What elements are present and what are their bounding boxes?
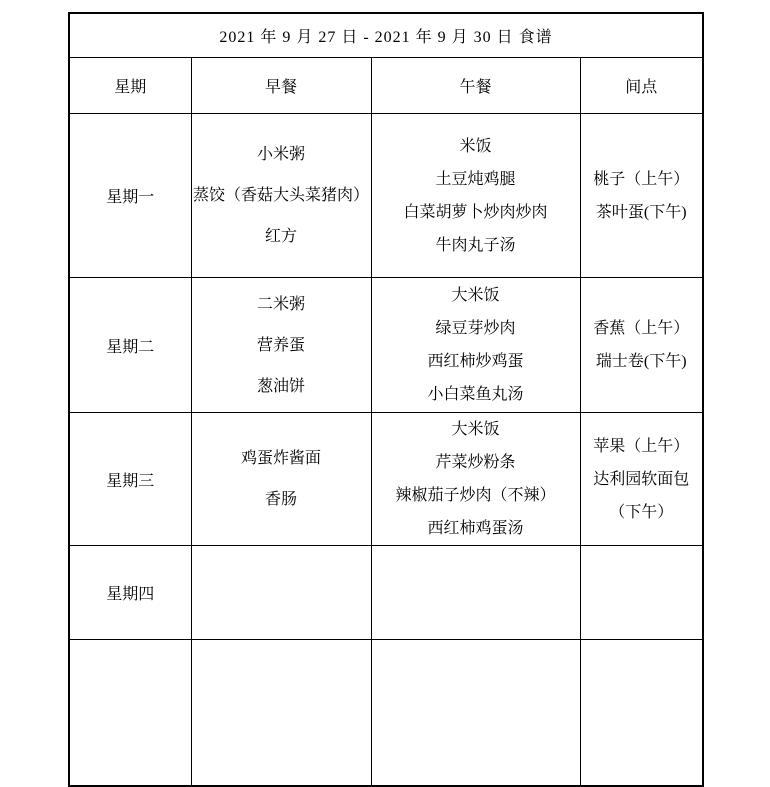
menu-item: 香蕉（上午） <box>581 312 703 345</box>
snack-cell: 香蕉（上午） 瑞士卷(下午) <box>580 278 703 413</box>
column-header-snack: 间点 <box>580 58 703 114</box>
breakfast-cell: 小米粥 蒸饺（香菇大头菜猪肉） 红方 <box>191 114 371 278</box>
table-row-thursday: 星期四 <box>69 546 703 640</box>
snack-cell <box>580 546 703 640</box>
lunch-cell <box>371 546 580 640</box>
menu-item: 小白菜鱼丸汤 <box>372 378 580 411</box>
table-row-wednesday: 星期三 鸡蛋炸酱面 香肠 大米饭 芹菜炒粉条 辣椒茄子炒肉（不辣） 西红柿鸡蛋汤… <box>69 413 703 546</box>
day-cell <box>69 640 191 787</box>
menu-item: 葱油饼 <box>192 366 371 407</box>
menu-item: 桃子（上午） <box>581 163 703 196</box>
menu-item: 绿豆芽炒肉 <box>372 312 580 345</box>
snack-cell <box>580 640 703 787</box>
snack-cell: 桃子（上午） 茶叶蛋(下午) <box>580 114 703 278</box>
menu-item: 达利园软面包（下午） <box>581 463 703 529</box>
menu-item: 营养蛋 <box>192 325 371 366</box>
breakfast-cell: 二米粥 营养蛋 葱油饼 <box>191 278 371 413</box>
column-header-day: 星期 <box>69 58 191 114</box>
menu-item: 大米饭 <box>372 413 580 446</box>
column-header-breakfast: 早餐 <box>191 58 371 114</box>
table-title: 2021 年 9 月 27 日 - 2021 年 9 月 30 日 食谱 <box>69 13 703 58</box>
day-cell: 星期二 <box>69 278 191 413</box>
table-row-empty <box>69 640 703 787</box>
menu-item: 西红柿炒鸡蛋 <box>372 345 580 378</box>
day-cell: 星期一 <box>69 114 191 278</box>
menu-item: 西红柿鸡蛋汤 <box>372 512 580 545</box>
menu-item: 白菜胡萝卜炒肉炒肉 <box>372 196 580 229</box>
lunch-cell: 大米饭 芹菜炒粉条 辣椒茄子炒肉（不辣） 西红柿鸡蛋汤 <box>371 413 580 546</box>
menu-item: 瑞士卷(下午) <box>581 345 703 378</box>
menu-item: 芹菜炒粉条 <box>372 446 580 479</box>
menu-item: 香肠 <box>192 479 371 520</box>
menu-item: 茶叶蛋(下午) <box>581 196 703 229</box>
menu-item: 鸡蛋炸酱面 <box>192 438 371 479</box>
menu-item: 蒸饺（香菇大头菜猪肉） <box>192 175 371 216</box>
menu-item: 小米粥 <box>192 134 371 175</box>
menu-table: 2021 年 9 月 27 日 - 2021 年 9 月 30 日 食谱 星期 … <box>68 12 704 787</box>
header-row: 星期 早餐 午餐 间点 <box>69 58 703 114</box>
menu-item: 辣椒茄子炒肉（不辣） <box>372 479 580 512</box>
table-row-monday: 星期一 小米粥 蒸饺（香菇大头菜猪肉） 红方 米饭 土豆炖鸡腿 白菜胡萝卜炒肉炒… <box>69 114 703 278</box>
lunch-cell <box>371 640 580 787</box>
column-header-lunch: 午餐 <box>371 58 580 114</box>
menu-item: 红方 <box>192 216 371 257</box>
snack-cell: 苹果（上午） 达利园软面包（下午） <box>580 413 703 546</box>
title-row: 2021 年 9 月 27 日 - 2021 年 9 月 30 日 食谱 <box>69 13 703 58</box>
breakfast-cell <box>191 546 371 640</box>
menu-item: 苹果（上午） <box>581 430 703 463</box>
lunch-cell: 大米饭 绿豆芽炒肉 西红柿炒鸡蛋 小白菜鱼丸汤 <box>371 278 580 413</box>
lunch-cell: 米饭 土豆炖鸡腿 白菜胡萝卜炒肉炒肉 牛肉丸子汤 <box>371 114 580 278</box>
menu-item: 二米粥 <box>192 284 371 325</box>
menu-item: 米饭 <box>372 130 580 163</box>
menu-item: 土豆炖鸡腿 <box>372 163 580 196</box>
breakfast-cell <box>191 640 371 787</box>
day-cell: 星期三 <box>69 413 191 546</box>
breakfast-cell: 鸡蛋炸酱面 香肠 <box>191 413 371 546</box>
menu-item: 大米饭 <box>372 279 580 312</box>
day-cell: 星期四 <box>69 546 191 640</box>
document-page: 2021 年 9 月 27 日 - 2021 年 9 月 30 日 食谱 星期 … <box>0 0 770 786</box>
table-row-tuesday: 星期二 二米粥 营养蛋 葱油饼 大米饭 绿豆芽炒肉 西红柿炒鸡蛋 小白菜鱼丸汤 … <box>69 278 703 413</box>
menu-item: 牛肉丸子汤 <box>372 229 580 262</box>
